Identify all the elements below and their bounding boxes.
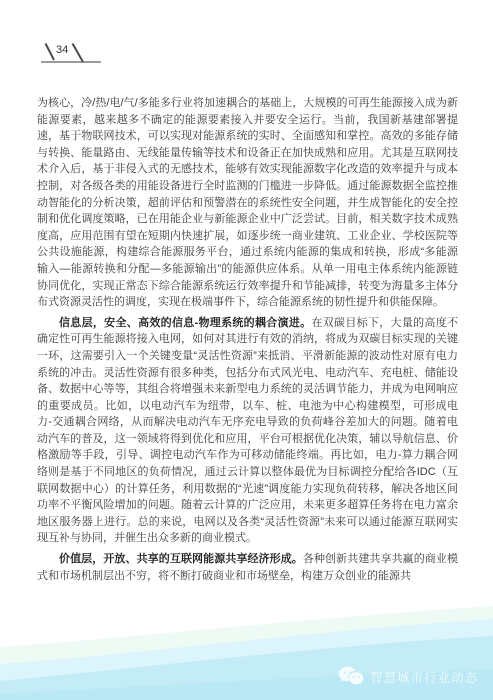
paragraph: 为核心，冷/热/电/气/多能多行业将加速耦合的基础上，大规模的可再生能源接入成为…	[37, 95, 458, 311]
paragraph-lead: 价值层，开放、共享的互联网能源共享经济形成。	[59, 553, 303, 565]
footer: 智慧城市行业动态	[0, 595, 493, 700]
page-number-mark: 34	[38, 40, 108, 66]
slash-mark-icon	[44, 42, 56, 62]
paragraph-text: 在双碳目标下，大量的高度不确定性可再生能源将接入电网，如何对其进行有效的消纳，将…	[37, 317, 458, 545]
article-body: 为核心，冷/热/电/气/多能多行业将加速耦合的基础上，大规模的可再生能源接入成为…	[37, 95, 458, 617]
paragraph-text: 为核心，冷/热/电/气/多能多行业将加速耦合的基础上，大规模的可再生能源接入成为…	[37, 97, 458, 308]
page-number: 34	[56, 44, 68, 56]
wechat-icon	[338, 666, 364, 687]
brand-name: 智慧城市行业动态	[370, 668, 478, 686]
slash-mark-icon	[71, 42, 85, 64]
paragraph: 信息层，安全、高效的信息-物理系统的耦合演进。在双碳目标下，大量的高度不确定性可…	[37, 315, 458, 547]
paragraph: 价值层，开放、共享的互联网能源共享经济形成。各种创新共建共享共赢的商业模式和市场…	[37, 551, 458, 584]
brand-row: 智慧城市行业动态	[338, 666, 478, 687]
paragraph-lead: 信息层，安全、高效的信息-物理系统的耦合演进。	[59, 317, 311, 329]
